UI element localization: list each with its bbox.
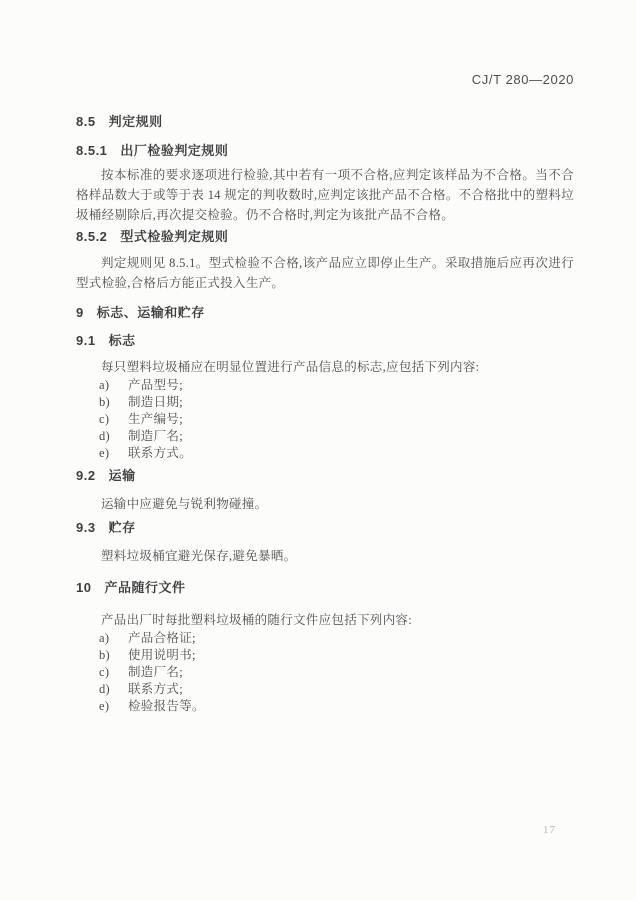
list-item-text: 联系方式; — [128, 682, 183, 696]
section-heading-8-5: 8.5判定规则 — [76, 114, 574, 130]
list-item-text: 联系方式。 — [128, 446, 192, 460]
paragraph-9-2: 运输中应避免与锐利物碰撞。 — [76, 494, 574, 514]
paragraph-8-5-1: 按本标准的要求逐项进行检验,其中若有一项不合格,应判定该样品为不合格。当不合格样… — [76, 165, 574, 225]
section-number: 9.3 — [76, 520, 96, 536]
accompanying-documents-list: a)产品合格证; b)使用说明书; c)制造厂名; d)联系方式; e)检验报告… — [76, 630, 574, 715]
list-item: e)检验报告等。 — [76, 698, 574, 715]
paragraph-9-3: 塑料垃圾桶宜避光保存,避免暴晒。 — [76, 546, 574, 566]
list-item-label: d) — [99, 428, 128, 445]
list-item-label: c) — [99, 664, 128, 681]
section-heading-10: 10产品随行文件 — [76, 580, 574, 596]
doc-code: CJ/T 280—2020 — [472, 72, 574, 87]
section-title: 产品随行文件 — [104, 580, 185, 595]
section-title: 出厂检验判定规则 — [120, 143, 228, 158]
section-heading-9-2: 9.2运输 — [76, 468, 574, 484]
section-number: 8.5.2 — [76, 229, 107, 245]
list-item: c)制造厂名; — [76, 664, 574, 681]
document-header: CJ/T 280—2020 — [472, 72, 574, 87]
list-item-label: d) — [99, 681, 128, 698]
list-item: b)制造日期; — [76, 394, 574, 411]
section-number: 8.5.1 — [76, 143, 107, 159]
paragraph-8-5-2: 判定规则见 8.5.1。型式检验不合格,该产品应立即停止生产。采取措施后应再次进… — [76, 253, 574, 293]
section-number: 10 — [76, 580, 91, 596]
list-item-text: 检验报告等。 — [128, 699, 205, 713]
list-item: d)联系方式; — [76, 681, 574, 698]
list-item: a)产品型号; — [76, 377, 574, 394]
list-item: a)产品合格证; — [76, 630, 574, 647]
section-number: 8.5 — [76, 114, 96, 130]
section-number: 9 — [76, 305, 84, 321]
list-item-text: 产品合格证; — [128, 631, 196, 645]
list-item-text: 使用说明书; — [128, 648, 196, 662]
marking-info-list: a)产品型号; b)制造日期; c)生产编号; d)制造厂名; e)联系方式。 — [76, 377, 574, 462]
section-title: 贮存 — [109, 520, 136, 535]
list-item-text: 制造厂名; — [128, 665, 183, 679]
paragraph-9-1: 每只塑料垃圾桶应在明显位置进行产品信息的标志,应包括下列内容: — [76, 357, 574, 377]
list-item-label: b) — [99, 647, 128, 664]
list-item: c)生产编号; — [76, 411, 574, 428]
list-item-text: 生产编号; — [128, 412, 183, 426]
list-item-label: e) — [99, 698, 128, 715]
section-title: 判定规则 — [109, 114, 163, 129]
list-item: d)制造厂名; — [76, 428, 574, 445]
section-heading-9-1: 9.1标志 — [76, 333, 574, 349]
document-page: CJ/T 280—2020 8.5判定规则 8.5.1出厂检验判定规则 按本标准… — [0, 0, 636, 900]
section-heading-8-5-2: 8.5.2型式检验判定规则 — [76, 229, 574, 245]
list-item-label: a) — [99, 377, 128, 394]
list-item-label: a) — [99, 630, 128, 647]
section-heading-8-5-1: 8.5.1出厂检验判定规则 — [76, 143, 574, 159]
list-item: b)使用说明书; — [76, 647, 574, 664]
section-title: 标志、运输和贮存 — [97, 305, 205, 320]
list-item-text: 制造厂名; — [128, 429, 183, 443]
section-heading-9-3: 9.3贮存 — [76, 520, 574, 536]
paragraph-10: 产品出厂时每批塑料垃圾桶的随行文件应包括下列内容: — [76, 610, 574, 630]
document-content: 8.5判定规则 8.5.1出厂检验判定规则 按本标准的要求逐项进行检验,其中若有… — [76, 106, 574, 715]
section-title: 型式检验判定规则 — [120, 229, 228, 244]
section-title: 标志 — [109, 333, 136, 348]
section-title: 运输 — [109, 468, 136, 483]
list-item-label: b) — [99, 394, 128, 411]
section-heading-9: 9标志、运输和贮存 — [76, 305, 574, 321]
list-item: e)联系方式。 — [76, 445, 574, 462]
list-item-label: e) — [99, 445, 128, 462]
list-item-text: 产品型号; — [128, 378, 183, 392]
list-item-label: c) — [99, 411, 128, 428]
section-number: 9.2 — [76, 468, 96, 484]
list-item-text: 制造日期; — [128, 395, 183, 409]
section-number: 9.1 — [76, 333, 96, 349]
page-number: 17 — [543, 824, 556, 836]
